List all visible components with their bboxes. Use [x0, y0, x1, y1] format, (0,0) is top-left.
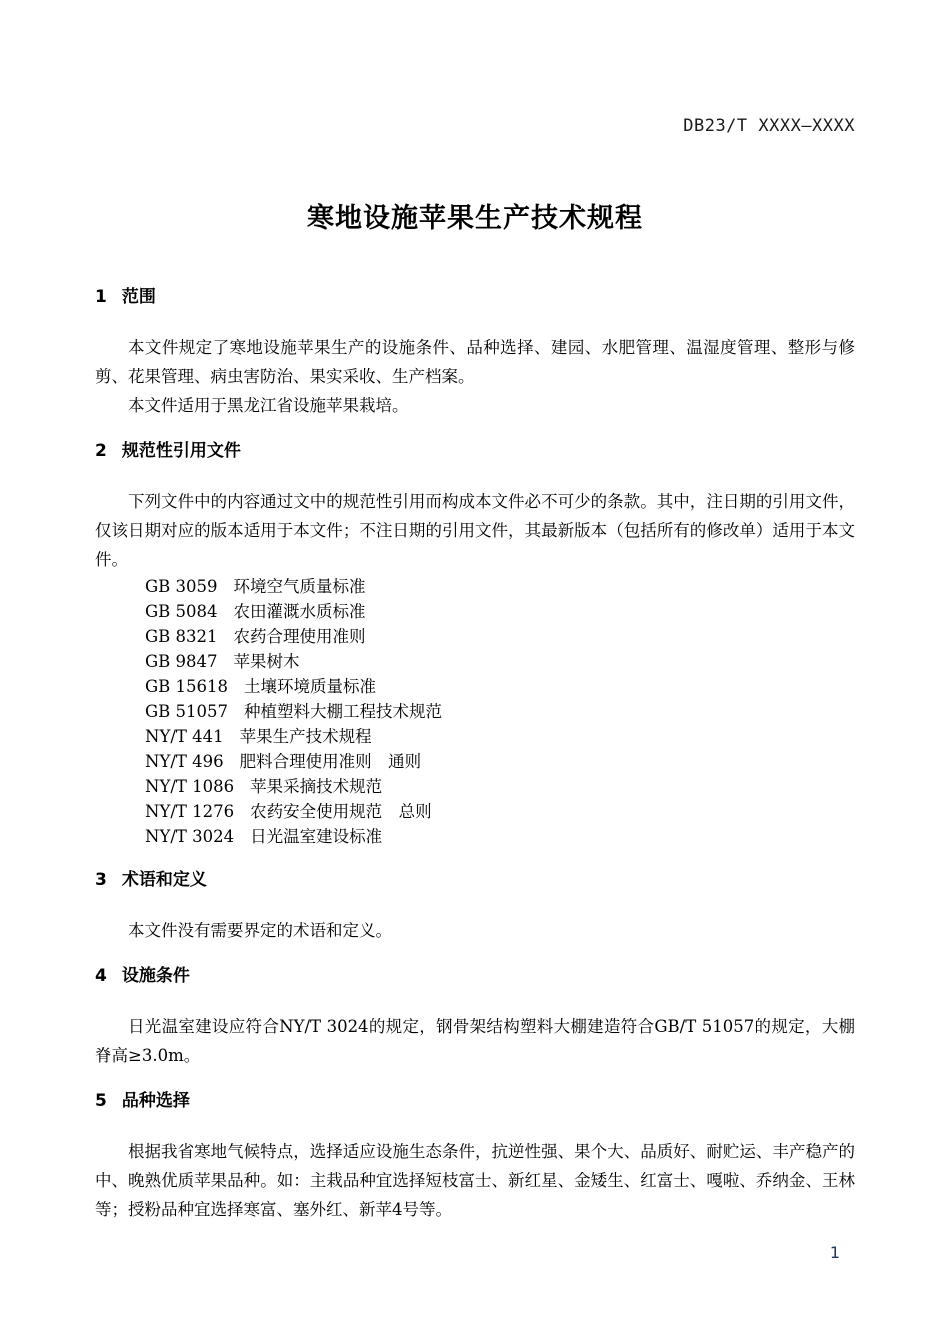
section-3-paragraph-1: 本文件没有需要界定的术语和定义。 [95, 916, 855, 945]
reference-code: GB 8321 [145, 624, 218, 649]
reference-code: NY/T 3024 [145, 824, 234, 849]
section-5-paragraph-1: 根据我省寒地气候特点，选择适应设施生态条件，抗逆性强、果个大、品质好、耐贮运、丰… [95, 1137, 855, 1224]
reference-title: 苹果生产技术规程 [240, 724, 372, 749]
reference-code: GB 5084 [145, 599, 218, 624]
reference-code: NY/T 1276 [145, 799, 234, 824]
section-2-paragraph-1: 下列文件中的内容通过文中的规范性引用而构成本文件必不可少的条款。其中，注日期的引… [95, 487, 855, 574]
document-page: DB23/T XXXX—XXXX 寒地设施苹果生产技术规程 1 范围 本文件规定… [0, 0, 950, 1224]
reference-title: 苹果采摘技术规范 [250, 774, 382, 799]
section-2-number: 2 [95, 440, 107, 462]
reference-item: GB 51057 种植塑料大棚工程技术规范 [145, 699, 855, 724]
reference-code: GB 9847 [145, 649, 218, 674]
reference-title: 肥料合理使用准则 通则 [240, 749, 422, 774]
section-1-heading-text: 范围 [122, 286, 156, 308]
reference-item: GB 3059 环境空气质量标准 [145, 574, 855, 599]
reference-item: NY/T 3024 日光温室建设标准 [145, 824, 855, 849]
page-number: 1 [830, 1243, 840, 1262]
reference-title: 苹果树木 [234, 649, 300, 674]
section-1-heading: 1 范围 [95, 286, 855, 308]
section-5-number: 5 [95, 1090, 107, 1112]
section-2-heading-text: 规范性引用文件 [122, 440, 241, 462]
section-4-number: 4 [95, 965, 107, 987]
reference-code: GB 3059 [145, 574, 218, 599]
normative-references-list: GB 3059 环境空气质量标准 GB 5084 农田灌溉水质标准 GB 832… [95, 574, 855, 849]
section-5-heading-text: 品种选择 [122, 1090, 190, 1112]
reference-item: GB 5084 农田灌溉水质标准 [145, 599, 855, 624]
reference-item: NY/T 1086 苹果采摘技术规范 [145, 774, 855, 799]
section-3-heading-text: 术语和定义 [122, 869, 207, 891]
reference-title: 种植塑料大棚工程技术规范 [244, 699, 442, 724]
section-4-heading: 4 设施条件 [95, 965, 855, 987]
reference-item: NY/T 496 肥料合理使用准则 通则 [145, 749, 855, 774]
document-code: DB23/T XXXX—XXXX [95, 116, 855, 136]
section-4-paragraph-1: 日光温室建设应符合NY/T 3024的规定，钢骨架结构塑料大棚建造符合GB/T … [95, 1012, 855, 1070]
reference-code: NY/T 1086 [145, 774, 234, 799]
reference-item: GB 8321 农药合理使用准则 [145, 624, 855, 649]
reference-title: 环境空气质量标准 [234, 574, 366, 599]
reference-title: 日光温室建设标准 [250, 824, 382, 849]
reference-item: GB 9847 苹果树木 [145, 649, 855, 674]
section-3-heading: 3 术语和定义 [95, 869, 855, 891]
reference-item: GB 15618 土壤环境质量标准 [145, 674, 855, 699]
reference-code: GB 15618 [145, 674, 228, 699]
reference-title: 农田灌溉水质标准 [234, 599, 366, 624]
section-1-paragraph-2: 本文件适用于黑龙江省设施苹果栽培。 [95, 391, 855, 420]
reference-item: NY/T 441 苹果生产技术规程 [145, 724, 855, 749]
reference-item: NY/T 1276 农药安全使用规范 总则 [145, 799, 855, 824]
section-1-paragraph-1: 本文件规定了寒地设施苹果生产的设施条件、品种选择、建园、水肥管理、温湿度管理、整… [95, 333, 855, 391]
reference-code: NY/T 441 [145, 724, 224, 749]
reference-title: 土壤环境质量标准 [244, 674, 376, 699]
reference-title: 农药合理使用准则 [234, 624, 366, 649]
reference-title: 农药安全使用规范 总则 [250, 799, 432, 824]
section-3-number: 3 [95, 869, 107, 891]
section-5-heading: 5 品种选择 [95, 1090, 855, 1112]
section-4-heading-text: 设施条件 [122, 965, 190, 987]
document-title: 寒地设施苹果生产技术规程 [95, 200, 855, 238]
reference-code: GB 51057 [145, 699, 228, 724]
section-2-heading: 2 规范性引用文件 [95, 440, 855, 462]
reference-code: NY/T 496 [145, 749, 224, 774]
section-1-number: 1 [95, 286, 107, 308]
